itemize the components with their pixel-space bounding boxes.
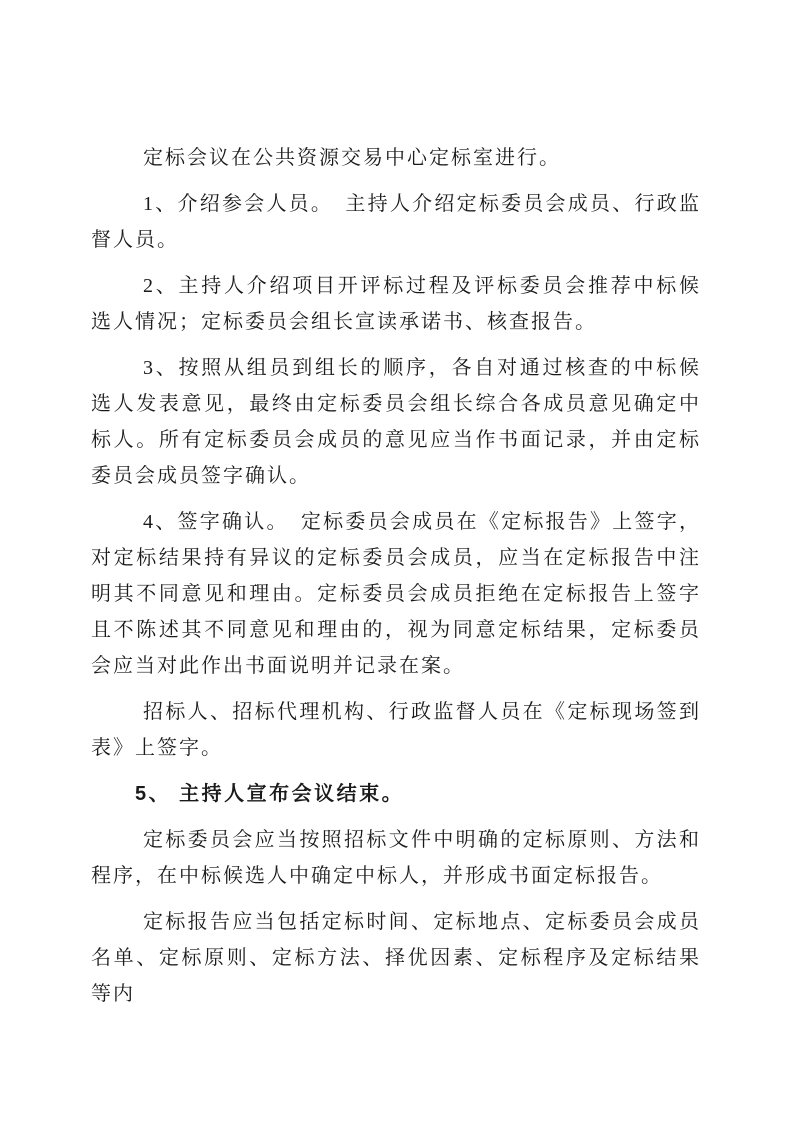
paragraph-meeting-location: 定标会议在公共资源交易中心定标室进行。 — [91, 140, 701, 176]
document-content: 定标会议在公共资源交易中心定标室进行。 1、介绍参会人员。 主持人介绍定标委员会… — [91, 140, 701, 1012]
paragraph-item-3-opinion-order: 3、按照从组员到组长的顺序，各自对通过核查的中标候选人发表意见，最终由定标委员会… — [91, 350, 701, 494]
paragraph-item-2-host-introduction: 2、主持人介绍项目开评标过程及评标委员会推荐中标候选人情况；定标委员会组长宣读承… — [91, 268, 701, 340]
paragraph-report-contents: 定标报告应当包括定标时间、定标地点、定标委员会成员名单、定标原则、定标方法、择优… — [91, 904, 701, 1012]
paragraph-item-1-introduce-attendees: 1、介绍参会人员。 主持人介绍定标委员会成员、行政监督人员。 — [91, 186, 701, 258]
document-page: 定标会议在公共资源交易中心定标室进行。 1、介绍参会人员。 主持人介绍定标委员会… — [0, 0, 793, 1121]
section-heading-item-5-meeting-end: 5、 主持人宣布会议结束。 — [91, 776, 701, 812]
paragraph-sign-in-sheet: 招标人、招标代理机构、行政监督人员在《定标现场签到表》上签字。 — [91, 694, 701, 766]
paragraph-item-4-signature-confirmation: 4、签字确认。 定标委员会成员在《定标报告》上签字，对定标结果持有异议的定标委员… — [91, 504, 701, 684]
paragraph-determination-principles: 定标委员会应当按照招标文件中明确的定标原则、方法和程序，在中标候选人中确定中标人… — [91, 822, 701, 894]
